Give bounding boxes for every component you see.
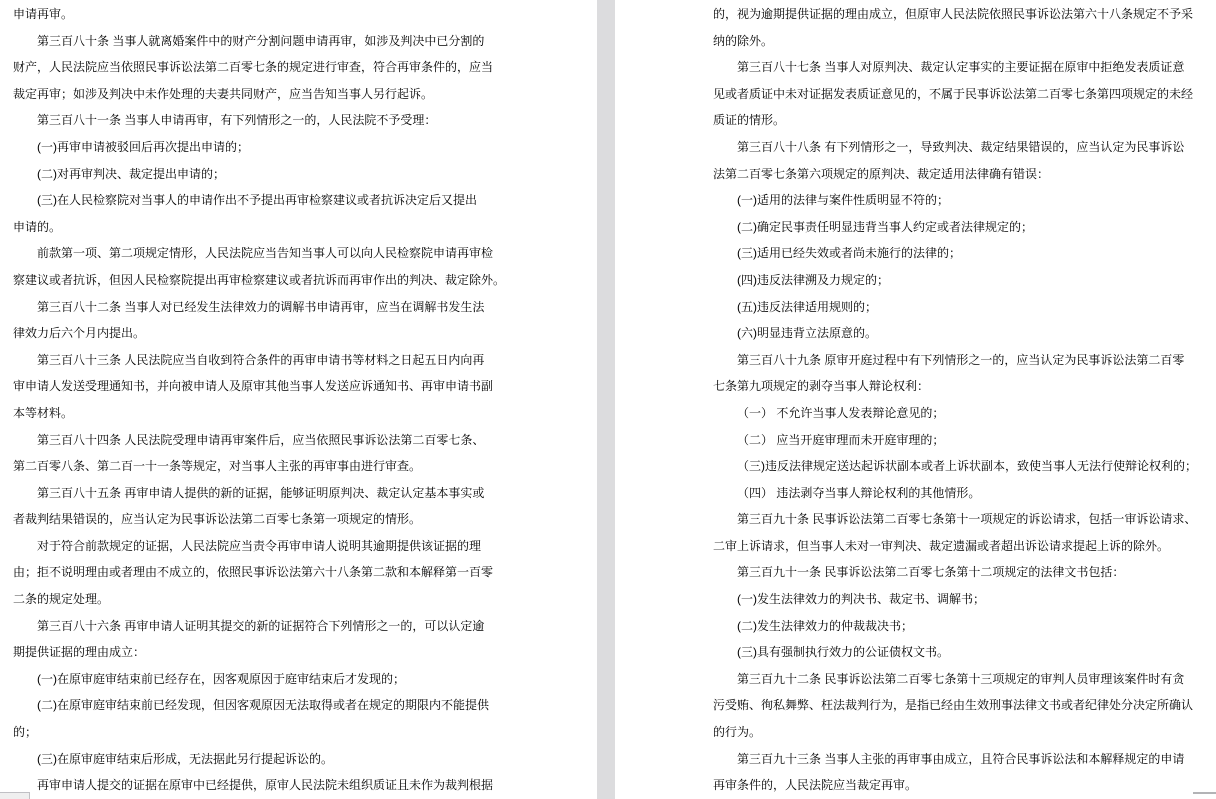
text-line: (二)对再审判决、裁定提出申请的； xyxy=(13,161,593,188)
text-line: 质证的情形。 xyxy=(713,107,1213,134)
text-line: (四)违反法律溯及力规定的； xyxy=(713,267,1213,294)
text-line: 第三百八十八条 有下列情形之一，导致判决、裁定结果错误的，应当认定为民事诉讼 xyxy=(713,134,1213,161)
text-line: 申请再审。 xyxy=(13,1,593,28)
text-line: (五)违反法律适用规则的； xyxy=(713,294,1213,321)
text-line: 污受贿、徇私舞弊、枉法裁判行为，是指已经由生效刑事法律文书或者纪律处分决定所确认 xyxy=(713,692,1213,719)
text-line: 的； xyxy=(13,719,593,746)
text-line: 第三百八十二条 当事人对已经发生法律效力的调解书申请再审，应当在调解书发生法 xyxy=(13,294,593,321)
text-line: 裁定再审；如涉及判决中未作处理的夫妻共同财产，应当告知当事人另行起诉。 xyxy=(13,81,593,108)
text-line: (二)确定民事责任明显违背当事人约定或者法律规定的； xyxy=(713,214,1213,241)
text-line: 二审上诉请求，但当事人未对一审判决、裁定遗漏或者超出诉讼请求提起上诉的除外。 xyxy=(713,533,1213,560)
text-line: 律效力后六个月内提出。 xyxy=(13,320,593,347)
horizontal-scrollbar-thumb-left[interactable] xyxy=(0,792,30,799)
text-line: 者裁判结果错误的，应当认定为民事诉讼法第二百零七条第一项规定的情形。 xyxy=(13,506,593,533)
text-line: 法第二百零七条第六项规定的原判决、裁定适用法律确有错误： xyxy=(713,161,1213,188)
text-line: （一） 不允许当事人发表辩论意见的； xyxy=(713,400,1213,427)
text-line: 第三百九十二条 民事诉讼法第二百零七条第十三项规定的审判人员审理该案件时有贪 xyxy=(713,666,1213,693)
text-line: 第三百八十三条 人民法院应当自收到符合条件的再审申请书等材料之日起五日内向再 xyxy=(13,347,593,374)
text-line: (三)适用已经失效或者尚未施行的法律的； xyxy=(713,240,1213,267)
text-line: 由；拒不说明理由或者理由不成立的，依照民事诉讼法第六十八条第二款和本解释第一百零 xyxy=(13,559,593,586)
text-line: （四） 违法剥夺当事人辩论权利的其他情形。 xyxy=(713,480,1213,507)
text-line: (二)发生法律效力的仲裁裁决书； xyxy=(713,613,1213,640)
page-left-text: 申请再审。第三百八十条 当事人就离婚案件中的财产分割问题申请再审，如涉及判决中已… xyxy=(13,1,593,799)
text-line: 第三百八十五条 再审申请人提供的新的证据，能够证明原判决、裁定认定基本事实或 xyxy=(13,480,593,507)
text-line: (一)在原审庭审结束前已经存在，因客观原因于庭审结束后才发现的； xyxy=(13,666,593,693)
text-line: 第三百九十条 民事诉讼法第二百零七条第十一项规定的诉讼请求，包括一审诉讼请求、 xyxy=(713,506,1213,533)
text-line: 第三百八十一条 当事人申请再审，有下列情形之一的，人民法院不予受理： xyxy=(13,107,593,134)
text-line: (六)明显违背立法原意的。 xyxy=(713,320,1213,347)
text-line: (一)适用的法律与案件性质明显不符的； xyxy=(713,187,1213,214)
text-line: 第三百八十六条 再审申请人证明其提交的新的证据符合下列情形之一的，可以认定逾 xyxy=(13,613,593,640)
text-line: (一)再审申请被驳回后再次提出申请的； xyxy=(13,134,593,161)
text-line: 的行为。 xyxy=(713,719,1213,746)
text-line: 再审条件的，人民法院应当裁定再审。 xyxy=(713,772,1213,799)
page-right: 的，视为逾期提供证据的理由成立，但原审人民法院依照民事诉讼法第六十八条规定不予采… xyxy=(615,0,1216,799)
horizontal-scrollbar-thumb-right[interactable] xyxy=(1193,792,1216,794)
text-line: 第三百八十条 当事人就离婚案件中的财产分割问题申请再审，如涉及判决中已分割的 xyxy=(13,28,593,55)
text-line: 察建议或者抗诉，但因人民检察院提出再审检察建议或者抗诉而再审作出的判决、裁定除外… xyxy=(13,267,593,294)
text-line: 本等材料。 xyxy=(13,400,593,427)
text-line: 第三百八十九条 原审开庭过程中有下列情形之一的，应当认定为民事诉讼法第二百零 xyxy=(713,347,1213,374)
text-line: 第三百九十三条 当事人主张的再审事由成立，且符合民事诉讼法和本解释规定的申请 xyxy=(713,746,1213,773)
text-line: 第三百八十四条 人民法院受理申请再审案件后，应当依照民事诉讼法第二百零七条、 xyxy=(13,427,593,454)
text-line: 第二百零八条、第二百一十一条等规定，对当事人主张的再审事由进行审查。 xyxy=(13,453,593,480)
text-line: (三)在人民检察院对当事人的申请作出不予提出再审检察建议或者抗诉决定后又提出 xyxy=(13,187,593,214)
text-line: （二） 应当开庭审理而未开庭审理的； xyxy=(713,427,1213,454)
text-line: 对于符合前款规定的证据，人民法院应当责令再审申请人说明其逾期提供该证据的理 xyxy=(13,533,593,560)
text-line: (三)具有强制执行效力的公证债权文书。 xyxy=(713,639,1213,666)
text-line: 第三百八十七条 当事人对原判决、裁定认定事实的主要证据在原审中拒绝发表质证意 xyxy=(713,54,1213,81)
text-line: (一)发生法律效力的判决书、裁定书、调解书； xyxy=(713,586,1213,613)
text-line: (二)在原审庭审结束前已经发现，但因客观原因无法取得或者在规定的期限内不能提供 xyxy=(13,692,593,719)
text-line: 二条的规定处理。 xyxy=(13,586,593,613)
text-line: 七条第九项规定的剥夺当事人辩论权利： xyxy=(713,373,1213,400)
text-line: 纳的除外。 xyxy=(713,28,1213,55)
text-line: 再审申请人提交的证据在原审中已经提供，原审人民法院未组织质证且未作为裁判根据 xyxy=(13,772,593,799)
text-line: 见或者质证中未对证据发表质证意见的，不属于民事诉讼法第二百零七条第四项规定的未经 xyxy=(713,81,1213,108)
text-line: 审申请人发送受理通知书，并向被申请人及原审其他当事人发送应诉通知书、再审申请书副 xyxy=(13,373,593,400)
text-line: 前款第一项、第二项规定情形，人民法院应当告知当事人可以向人民检察院申请再审检 xyxy=(13,240,593,267)
page-left: 申请再审。第三百八十条 当事人就离婚案件中的财产分割问题申请再审，如涉及判决中已… xyxy=(0,0,597,799)
text-line: 的，视为逾期提供证据的理由成立，但原审人民法院依照民事诉讼法第六十八条规定不予采 xyxy=(713,1,1213,28)
page-right-text: 的，视为逾期提供证据的理由成立，但原审人民法院依照民事诉讼法第六十八条规定不予采… xyxy=(713,1,1213,799)
page-gap-divider xyxy=(597,0,615,799)
text-line: （三)违反法律规定送达起诉状副本或者上诉状副本，致使当事人无法行使辩论权利的； xyxy=(713,453,1213,480)
document-viewport: 申请再审。第三百八十条 当事人就离婚案件中的财产分割问题申请再审，如涉及判决中已… xyxy=(0,0,1216,799)
text-line: 期提供证据的理由成立： xyxy=(13,639,593,666)
text-line: (三)在原审庭审结束后形成，无法据此另行提起诉讼的。 xyxy=(13,746,593,773)
text-line: 第三百九十一条 民事诉讼法第二百零七条第十二项规定的法律文书包括： xyxy=(713,559,1213,586)
text-line: 申请的。 xyxy=(13,214,593,241)
text-line: 财产，人民法院应当依照民事诉讼法第二百零七条的规定进行审查，符合再审条件的，应当 xyxy=(13,54,593,81)
